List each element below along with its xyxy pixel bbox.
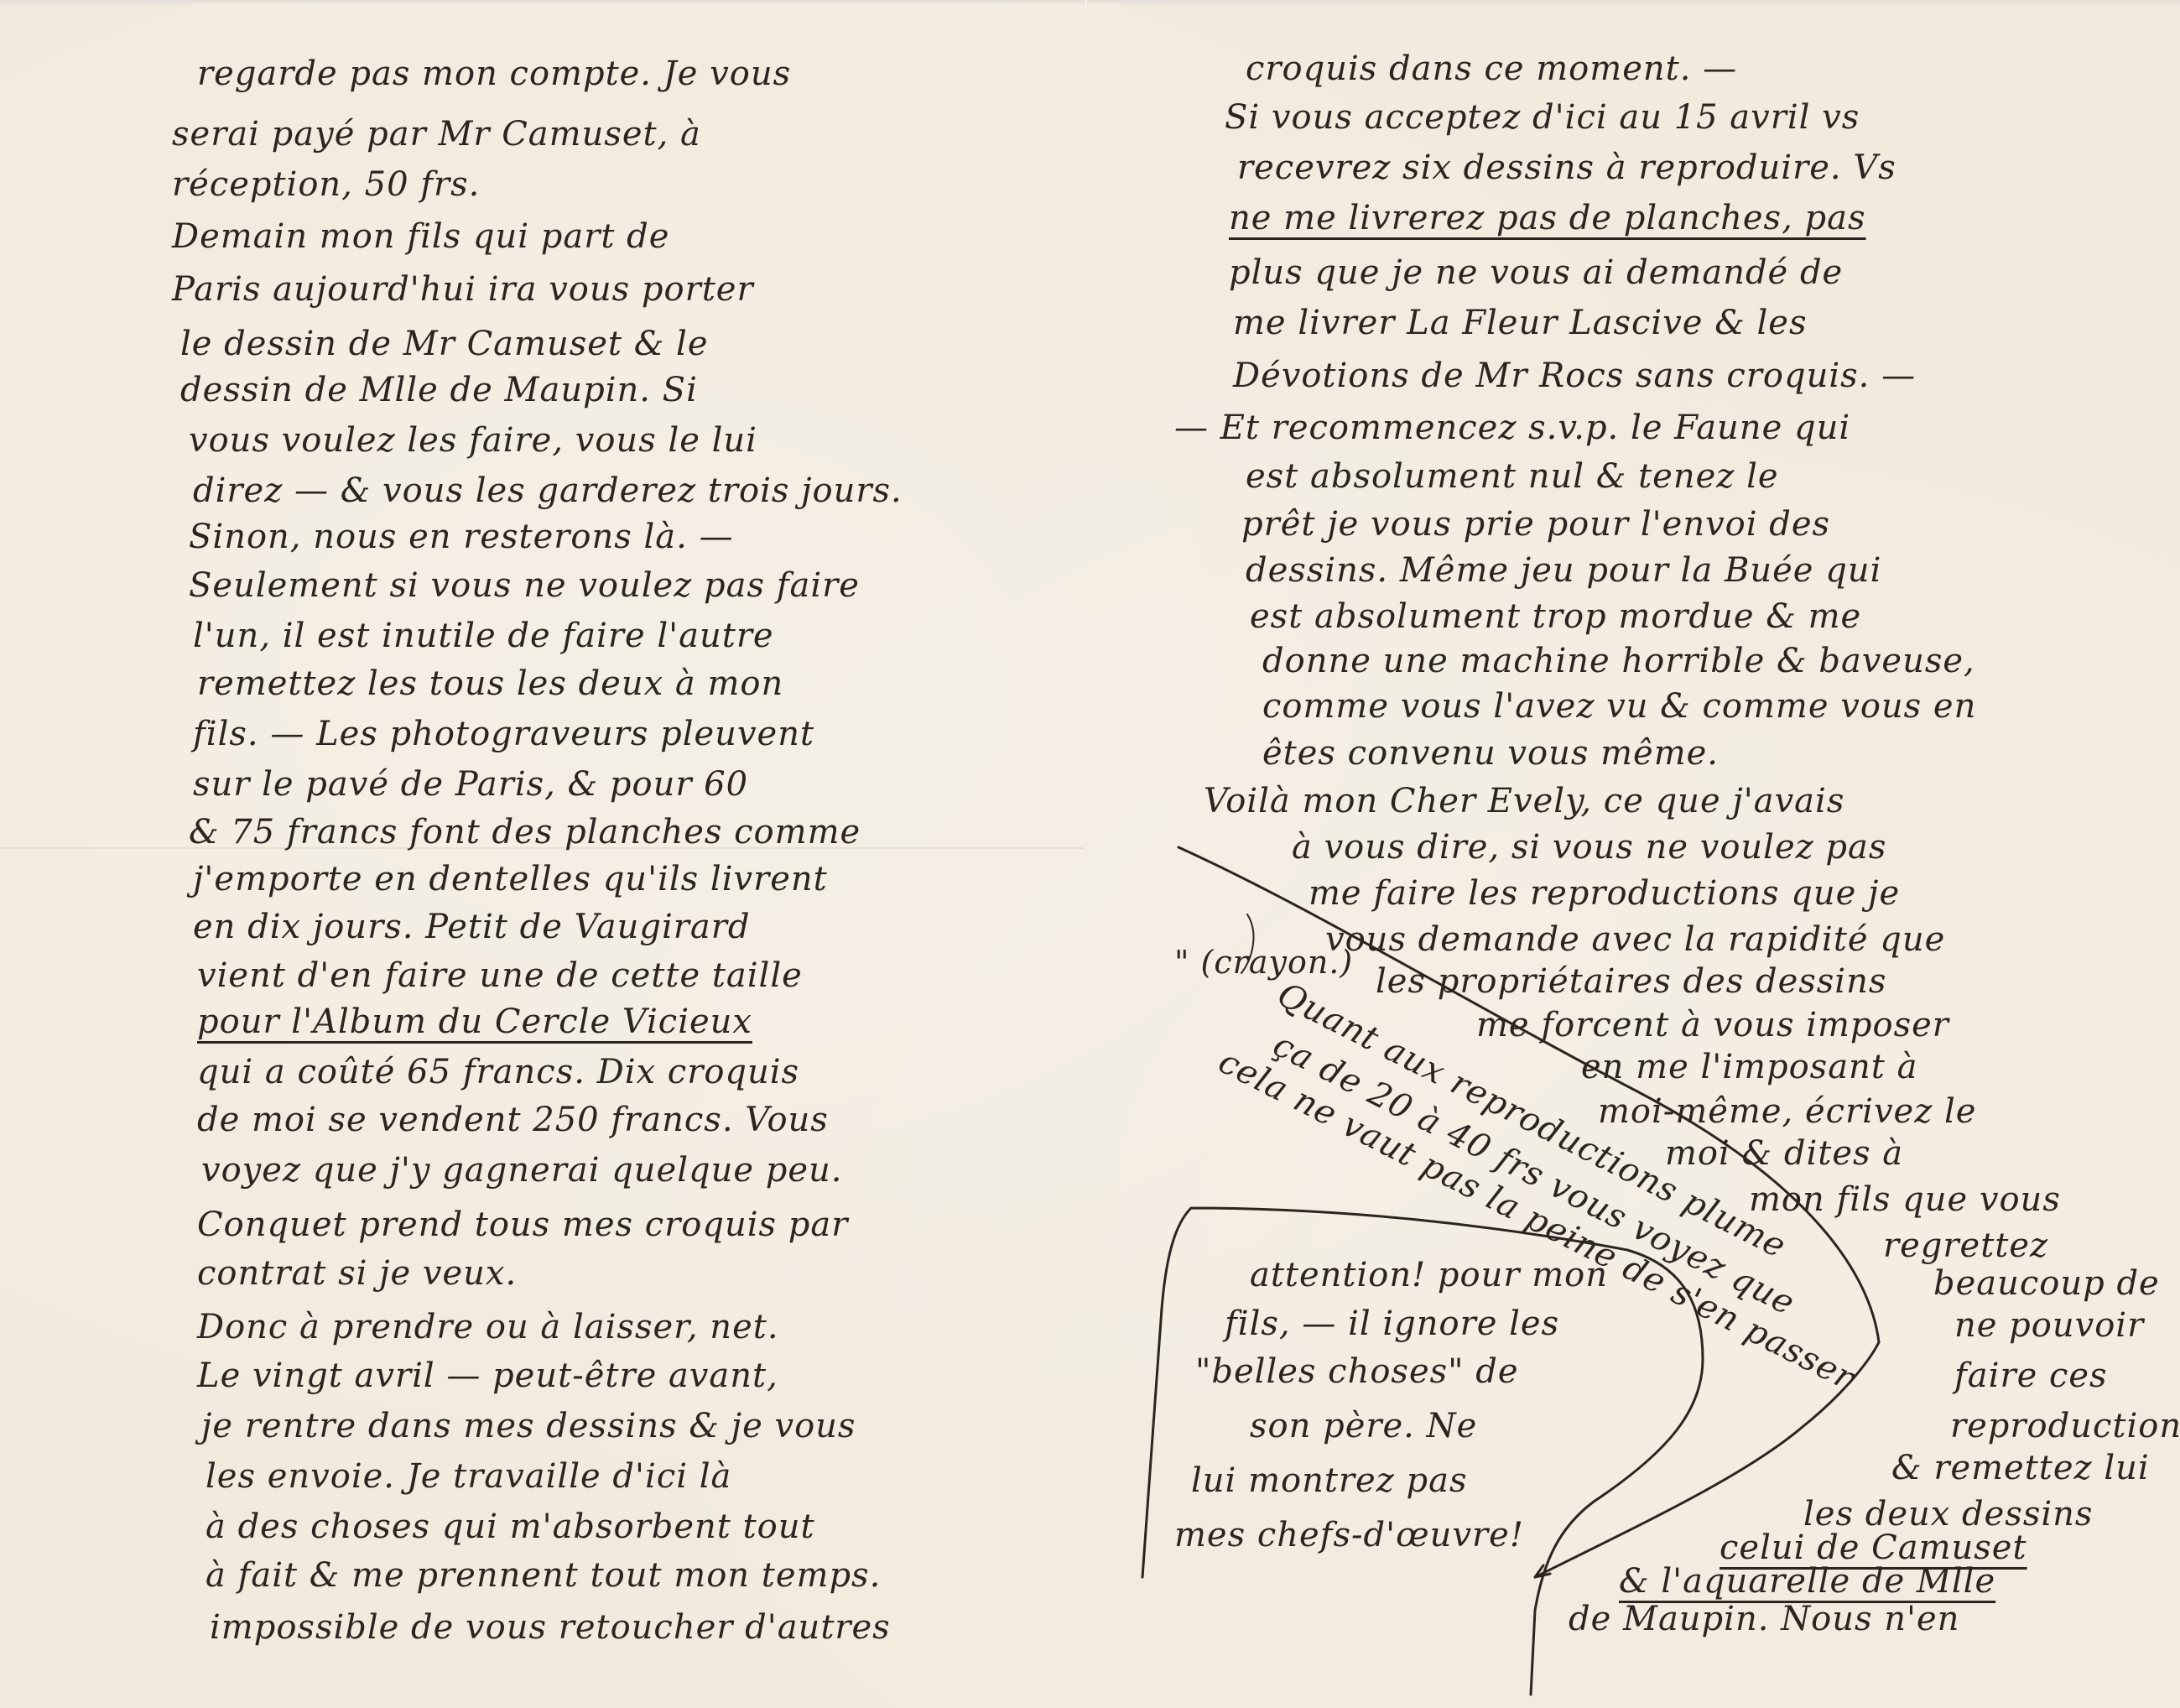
- text-line: me faire les reproductions que je: [1309, 877, 1900, 910]
- text-line: recevrez six dessins à reproduire. Vs: [1237, 151, 1896, 185]
- text-line: en dix jours. Petit de Vaugirard: [193, 910, 751, 944]
- text-line: Dévotions de Mr Rocs sans croquis. —: [1233, 359, 1916, 393]
- text-line: me livrer La Fleur Lascive & les: [1233, 306, 1808, 340]
- text-line: Sinon, nous en resterons là. —: [189, 520, 734, 554]
- text-line: en me l'imposant à: [1581, 1050, 1917, 1084]
- text-line-underlined: & l'aquarelle de Mlle: [1619, 1565, 1995, 1598]
- text-line: comme vous l'avez vu & comme vous en: [1262, 690, 1976, 723]
- text-line: me forcent à vous imposer: [1476, 1008, 1949, 1042]
- text-line: contrat si je veux.: [197, 1257, 517, 1290]
- text-line: est absolument nul & tenez le: [1246, 460, 1779, 493]
- text-line: les propriétaires des dessins: [1376, 965, 1886, 998]
- text-line: beaucoup de: [1933, 1267, 2160, 1300]
- text-line: le dessin de Mr Camuset & le: [180, 327, 708, 361]
- text-line: regarde pas mon compte. Je vous: [197, 57, 791, 91]
- text-line: dessin de Mlle de Maupin. Si: [180, 373, 698, 407]
- text-line: Donc à prendre ou à laisser, net.: [197, 1310, 779, 1344]
- text-line: ne pouvoir: [1954, 1309, 2144, 1342]
- text-line: de Maupin. Nous n'en: [1569, 1602, 1959, 1636]
- text-line: impossible de vous retoucher d'autres: [210, 1611, 891, 1644]
- text-line: direz — & vous les garderez trois jours.: [193, 474, 903, 508]
- enclosed-note-line: attention! pour mon: [1250, 1258, 1608, 1292]
- text-line: je rentre dans mes dessins & je vous: [201, 1409, 856, 1443]
- text-line: Si vous acceptez d'ici au 15 avril vs: [1225, 101, 1860, 134]
- text-line: dessins. Même jeu pour la Buée qui: [1246, 554, 1881, 587]
- text-line: les deux dessins: [1803, 1497, 2093, 1531]
- text-line: prêt je vous prie pour l'envoi des: [1241, 508, 1830, 541]
- text-line: à des choses qui m'absorbent tout: [206, 1510, 815, 1544]
- text-line: donne une machine horrible & baveuse,: [1262, 644, 1975, 678]
- text-line: Demain mon fils qui part de: [172, 220, 669, 253]
- text-line: j'emporte en dentelles qu'ils livrent: [193, 862, 828, 896]
- text-line: vous demande avec la rapidité que: [1325, 923, 1945, 956]
- text-line: êtes convenu vous même.: [1262, 737, 1719, 770]
- text-line: mon fils que vous: [1749, 1183, 2061, 1216]
- text-line: Le vingt avril — peut-être avant,: [197, 1359, 778, 1393]
- text-line: qui a coûté 65 francs. Dix croquis: [197, 1055, 799, 1089]
- text-line: moi-même, écrivez le: [1598, 1095, 1976, 1128]
- text-line: fils. — Les photograveurs pleuvent: [193, 717, 814, 751]
- text-line: moi & dites à: [1665, 1137, 1903, 1170]
- text-line: Conquet prend tous mes croquis par: [197, 1208, 848, 1242]
- text-line: vient d'en faire une de cette taille: [197, 959, 803, 992]
- text-line: & 75 francs font des planches comme: [189, 815, 861, 849]
- text-line: réception, 50 frs.: [172, 168, 480, 201]
- text-line: regrettez: [1883, 1229, 2048, 1263]
- enclosed-note-line: lui montrez pas: [1191, 1464, 1467, 1497]
- enclosed-note-line: "belles choses" de: [1195, 1355, 1519, 1388]
- text-line: — Et recommencez s.v.p. le Faune qui: [1174, 411, 1850, 445]
- text-line: remettez les tous les deux à mon: [197, 667, 783, 700]
- text-line: Voilà mon Cher Evely, ce que j'avais: [1204, 784, 1844, 818]
- text-line: sur le pavé de Paris, & pour 60: [193, 768, 748, 801]
- text-line: voyez que j'y gagnerai quelque peu.: [201, 1153, 843, 1187]
- text-line-underlined: celui de Camuset: [1720, 1531, 2027, 1565]
- letter-scan: regarde pas mon compte. Je vous serai pa…: [0, 0, 2180, 1708]
- text-line: Paris aujourd'hui ira vous porter: [172, 273, 754, 306]
- text-line: vous voulez les faire, vous le lui: [189, 424, 757, 457]
- enclosed-note-line: mes chefs-d'œuvre!: [1174, 1518, 1524, 1552]
- text-line: faire ces: [1954, 1359, 2108, 1393]
- text-line-underlined: ne me livrerez pas de planches, pas: [1229, 201, 1866, 235]
- enclosed-note-line: fils, — il ignore les: [1225, 1307, 1559, 1341]
- text-line: est absolument trop mordue & me: [1250, 600, 1861, 633]
- text-line: à vous dire, si vous ne voulez pas: [1292, 831, 1886, 864]
- text-line-underlined: pour l'Album du Cercle Vicieux: [197, 1005, 752, 1039]
- text-line: l'un, il est inutile de faire l'autre: [193, 619, 774, 653]
- text-line: de moi se vendent 250 francs. Vous: [197, 1103, 829, 1137]
- text-line: Seulement si vous ne voulez pas faire: [189, 569, 860, 602]
- enclosed-note-line: son père. Ne: [1250, 1409, 1477, 1443]
- text-line: les envoie. Je travaille d'ici là: [206, 1460, 731, 1493]
- text-line: à fait & me prennent tout mon temps.: [206, 1559, 881, 1592]
- text-line: reproductions: [1950, 1409, 2180, 1443]
- text-line: serai payé par Mr Camuset, à: [172, 117, 701, 151]
- text-line: croquis dans ce moment. —: [1246, 52, 1737, 86]
- text-line: & remettez lui: [1891, 1451, 2150, 1485]
- text-line: plus que je ne vous ai demandé de: [1229, 256, 1843, 289]
